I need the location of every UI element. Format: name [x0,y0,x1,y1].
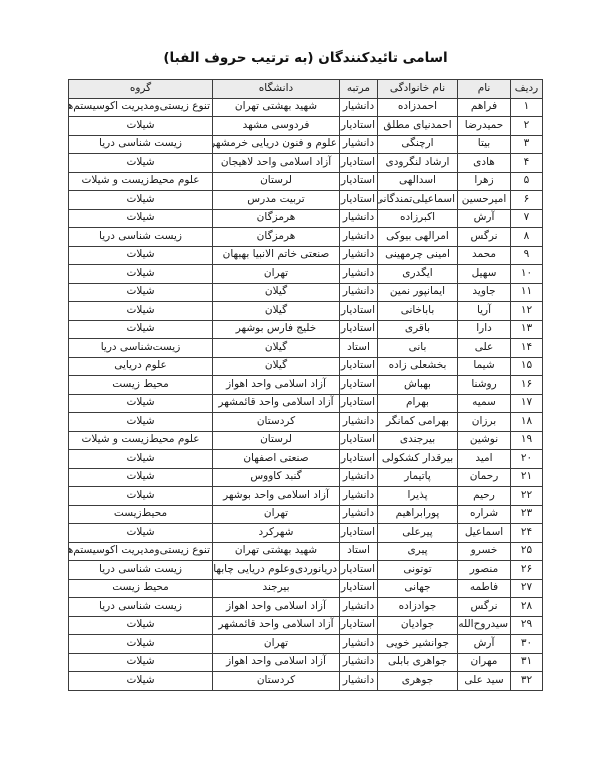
table-header-row: ردیف نام نام خانوادگی مرتبه دانشگاه گروه [69,80,543,99]
cell-university: لرستان [213,431,340,450]
cell-university: گنبد کاووس [213,468,340,487]
cell-row: ۷ [511,209,543,228]
column-header-first-name: نام [458,80,511,99]
cell-group: زیست شناسی دریا [69,561,213,580]
cell-group: زیست شناسی دریا [69,228,213,247]
cell-group: شیلات [69,524,213,543]
cell-rank: دانشیار [340,413,378,432]
cell-family: پذیرا [378,487,458,506]
table-row: ۲۹سیدروح‌اللهجوادیاناستادیارآزاد اسلامی … [69,616,543,635]
cell-family: بیرجندی [378,431,458,450]
cell-group: علوم محیط‌زیست و شیلات [69,431,213,450]
cell-row: ۳۰ [511,635,543,654]
table-row: ۱۴علیبانیاستادگیلانزیست‌شناسی دریا [69,339,543,358]
cell-rank: استادیار [340,154,378,173]
cell-row: ۱۸ [511,413,543,432]
document-page: اسامی تائیدکنندگان (به ترتیب حروف الفبا)… [0,0,611,783]
table-row: ۱۲آریاباباخانیاستادیارگیلانشیلات [69,302,543,321]
cell-group: شیلات [69,320,213,339]
cell-name: سید علی [458,672,511,691]
cell-family: پورابراهیم [378,505,458,524]
cell-group: شیلات [69,468,213,487]
cell-name: آرش [458,209,511,228]
table-row: ۱۳داراباقریاستادیارخلیج فارس بوشهرشیلات [69,320,543,339]
cell-university: آزاد اسلامی واحد قائمشهر [213,616,340,635]
cell-row: ۸ [511,228,543,247]
cell-rank: استادیار [340,450,378,469]
cell-row: ۲۷ [511,579,543,598]
cell-family: جوادزاده [378,598,458,617]
cell-family: اکبرزاده [378,209,458,228]
cell-group: شیلات [69,117,213,136]
cell-group: شیلات [69,635,213,654]
cell-name: آریا [458,302,511,321]
cell-family: بهرام [378,394,458,413]
cell-name: جاوید [458,283,511,302]
cell-name: فراهم [458,98,511,117]
cell-row: ۱۳ [511,320,543,339]
cell-name: خسرو [458,542,511,561]
cell-family: جوهری [378,672,458,691]
cell-university: شهید بهشتی تهران [213,98,340,117]
cell-university: دریانوردی‌وعلوم دریایی چابهار [213,561,340,580]
cell-university: آزاد اسلامی واحد اهواز [213,653,340,672]
table-row: ۲۷فاطمهجهانیاستادیاربیرجندمحیط زیست [69,579,543,598]
table-row: ۲۵خسروپیریاستادشهید بهشتی تهرانتنوع زیست… [69,542,543,561]
cell-family: بهباش [378,376,458,395]
table-row: ۳۲سید علیجوهریدانشیارکردستانشیلات [69,672,543,691]
cell-university: شهید بهشتی تهران [213,542,340,561]
table-row: ۲۶منصورتوتونیاستادیاردریانوردی‌وعلوم دری… [69,561,543,580]
cell-family: جوادیان [378,616,458,635]
cell-row: ۳۲ [511,672,543,691]
cell-university: گیلان [213,302,340,321]
cell-university: گیلان [213,339,340,358]
cell-group: شیلات [69,283,213,302]
table-row: ۱۷سمیهبهراماستادیارآزاد اسلامی واحد قائم… [69,394,543,413]
cell-name: منصور [458,561,511,580]
cell-name: رحمان [458,468,511,487]
cell-group: شیلات [69,450,213,469]
table-row: ۲حمیدرضااحمدنیای مطلقاستادیارفردوسی مشهد… [69,117,543,136]
cell-rank: استادیار [340,117,378,136]
cell-university: آزاد اسلامی واحد لاهیجان [213,154,340,173]
cell-family: پیری [378,542,458,561]
cell-rank: دانشیار [340,672,378,691]
cell-university: صنعتی خاتم الانبیا بهبهان [213,246,340,265]
cell-row: ۲ [511,117,543,136]
cell-family: ایمانپور نمین [378,283,458,302]
cell-group: تنوع زیستی‌ومدیریت اکوسیستم‌ها [69,542,213,561]
cell-rank: استادیار [340,357,378,376]
cell-university: تهران [213,635,340,654]
table-row: ۳بیتاارچنگیدانشیارعلوم و فنون دریایی خرم… [69,135,543,154]
cell-name: اسماعیل [458,524,511,543]
cell-university: شهرکرد [213,524,340,543]
cell-rank: دانشیار [340,98,378,117]
cell-rank: دانشیار [340,135,378,154]
cell-group: محیط زیست [69,579,213,598]
cell-university: بیرجند [213,579,340,598]
table-row: ۱۸برزانبهرامی کمانگردانشیارکردستانشیلات [69,413,543,432]
cell-rank: استادیار [340,172,378,191]
cell-family: ارشاد لنگرودی [378,154,458,173]
table-row: ۱فراهماحمدزادهدانشیارشهید بهشتی تهرانتنو… [69,98,543,117]
table-row: ۳۰آرشجوانشیر خوییدانشیارتهرانشیلات [69,635,543,654]
cell-rank: دانشیار [340,246,378,265]
cell-group: محیط زیست [69,376,213,395]
cell-rank: استادیار [340,191,378,210]
cell-name: دارا [458,320,511,339]
cell-group: علوم دریایی [69,357,213,376]
cell-rank: دانشیار [340,265,378,284]
cell-name: فاطمه [458,579,511,598]
cell-group: شیلات [69,191,213,210]
cell-university: تهران [213,505,340,524]
table-row: ۲۲رحیمپذیرادانشیارآزاد اسلامی واحد بوشهر… [69,487,543,506]
column-header-last-name: نام خانوادگی [378,80,458,99]
table-row: ۵زهرااسدالهیاستادیارلرستانعلوم محیط‌زیست… [69,172,543,191]
cell-group: شیلات [69,246,213,265]
cell-rank: دانشیار [340,283,378,302]
cell-family: جهانی [378,579,458,598]
cell-name: علی [458,339,511,358]
table-row: ۱۰سهیلایگدریدانشیارتهرانشیلات [69,265,543,284]
cell-row: ۲۹ [511,616,543,635]
table-row: ۲۱رحمانپاتیماردانشیارگنبد کاووسشیلات [69,468,543,487]
cell-group: شیلات [69,413,213,432]
table-row: ۱۶روشنابهباشاستادیارآزاد اسلامی واحد اهو… [69,376,543,395]
cell-row: ۱۵ [511,357,543,376]
endorsers-table: ردیف نام نام خانوادگی مرتبه دانشگاه گروه… [68,79,543,691]
cell-row: ۳ [511,135,543,154]
cell-rank: استاد [340,542,378,561]
cell-name: روشنا [458,376,511,395]
table-row: ۱۱جاویدایمانپور نمیندانشیارگیلانشیلات [69,283,543,302]
cell-row: ۱۴ [511,339,543,358]
cell-group: شیلات [69,616,213,635]
cell-rank: استادیار [340,376,378,395]
cell-group: شیلات [69,653,213,672]
cell-university: گیلان [213,357,340,376]
cell-university: کردستان [213,672,340,691]
table-body: ۱فراهماحمدزادهدانشیارشهید بهشتی تهرانتنو… [69,98,543,690]
cell-name: سهیل [458,265,511,284]
cell-rank: دانشیار [340,209,378,228]
cell-family: احمدنیای مطلق [378,117,458,136]
cell-row: ۲۶ [511,561,543,580]
cell-rank: استاد [340,339,378,358]
table-row: ۲۴اسماعیلپیرعلیاستادیارشهرکردشیلات [69,524,543,543]
column-header-university: دانشگاه [213,80,340,99]
cell-rank: استادیار [340,394,378,413]
cell-group: تنوع زیستی‌ومدیریت اکوسیستم‌ها [69,98,213,117]
cell-group: شیلات [69,487,213,506]
cell-name: هادی [458,154,511,173]
cell-name: برزان [458,413,511,432]
cell-university: آزاد اسلامی واحد قائمشهر [213,394,340,413]
cell-rank: استادیار [340,616,378,635]
cell-group: محیط‌زیست [69,505,213,524]
table-row: ۲۸نرگسجوادزادهدانشیارآزاد اسلامی واحد اه… [69,598,543,617]
cell-row: ۱۷ [511,394,543,413]
cell-university: تهران [213,265,340,284]
cell-name: امید [458,450,511,469]
cell-family: بخشعلی زاده [378,357,458,376]
cell-group: شیلات [69,154,213,173]
page-title: اسامی تائیدکنندگان (به ترتیب حروف الفبا) [0,0,611,66]
cell-university: آزاد اسلامی واحد اهواز [213,598,340,617]
cell-rank: دانشیار [340,635,378,654]
cell-rank: استادیار [340,524,378,543]
cell-family: پیرعلی [378,524,458,543]
cell-row: ۲۳ [511,505,543,524]
cell-name: نرگس [458,228,511,247]
cell-name: محمد [458,246,511,265]
cell-family: امینی چرمهینی [378,246,458,265]
cell-family: اسماعیلی‌تمندگانی [378,191,458,210]
table-row: ۲۰امیدبیرقدار کشکولیاستادیارصنعتی اصفهان… [69,450,543,469]
cell-rank: دانشیار [340,505,378,524]
cell-row: ۱۰ [511,265,543,284]
cell-row: ۱۶ [511,376,543,395]
cell-rank: استادیار [340,320,378,339]
cell-row: ۱۲ [511,302,543,321]
cell-university: فردوسی مشهد [213,117,340,136]
cell-row: ۶ [511,191,543,210]
column-header-department: گروه [69,80,213,99]
cell-row: ۲۱ [511,468,543,487]
table-row: ۱۹نوشینبیرجندیاستادیارلرستانعلوم محیط‌زی… [69,431,543,450]
cell-name: آرش [458,635,511,654]
cell-university: علوم و فنون دریایی خرمشهر [213,135,340,154]
cell-family: بیرقدار کشکولی [378,450,458,469]
cell-name: مهران [458,653,511,672]
cell-family: پاتیمار [378,468,458,487]
cell-university: آزاد اسلامی واحد بوشهر [213,487,340,506]
cell-university: هرمزگان [213,228,340,247]
cell-rank: دانشیار [340,487,378,506]
cell-rank: استادیار [340,561,378,580]
cell-rank: دانشیار [340,598,378,617]
cell-family: جواهری بابلی [378,653,458,672]
cell-university: آزاد اسلامی واحد اهواز [213,376,340,395]
cell-rank: استادیار [340,302,378,321]
cell-row: ۲۴ [511,524,543,543]
cell-name: سیدروح‌الله [458,616,511,635]
cell-name: رحیم [458,487,511,506]
cell-row: ۵ [511,172,543,191]
cell-group: شیلات [69,672,213,691]
cell-family: باقری [378,320,458,339]
cell-rank: دانشیار [340,468,378,487]
cell-family: امرالهی بیوکی [378,228,458,247]
cell-group: زیست‌شناسی دریا [69,339,213,358]
cell-group: زیست شناسی دریا [69,135,213,154]
cell-group: شیلات [69,302,213,321]
cell-row: ۹ [511,246,543,265]
cell-family: احمدزاده [378,98,458,117]
cell-name: امیرحسین [458,191,511,210]
cell-row: ۴ [511,154,543,173]
cell-name: شیما [458,357,511,376]
cell-university: گیلان [213,283,340,302]
cell-name: سمیه [458,394,511,413]
cell-family: اسدالهی [378,172,458,191]
cell-row: ۱۹ [511,431,543,450]
cell-row: ۱ [511,98,543,117]
cell-university: هرمزگان [213,209,340,228]
cell-group: شیلات [69,265,213,284]
cell-row: ۱۱ [511,283,543,302]
cell-group: شیلات [69,209,213,228]
cell-row: ۲۵ [511,542,543,561]
cell-name: نوشین [458,431,511,450]
cell-family: بانی [378,339,458,358]
cell-row: ۲۲ [511,487,543,506]
cell-rank: استادیار [340,579,378,598]
cell-family: توتونی [378,561,458,580]
table-row: ۴هادیارشاد لنگرودیاستادیارآزاد اسلامی وا… [69,154,543,173]
cell-university: لرستان [213,172,340,191]
cell-university: کردستان [213,413,340,432]
column-header-row-number: ردیف [511,80,543,99]
cell-name: زهرا [458,172,511,191]
table-row: ۲۳شرارهپورابراهیمدانشیارتهرانمحیط‌زیست [69,505,543,524]
cell-row: ۲۰ [511,450,543,469]
cell-group: زیست شناسی دریا [69,598,213,617]
cell-rank: دانشیار [340,653,378,672]
cell-name: نرگس [458,598,511,617]
cell-name: شراره [458,505,511,524]
table-row: ۳۱مهرانجواهری بابلیدانشیارآزاد اسلامی وا… [69,653,543,672]
cell-family: ایگدری [378,265,458,284]
cell-rank: استادیار [340,431,378,450]
table-row: ۷آرشاکبرزادهدانشیارهرمزگانشیلات [69,209,543,228]
cell-university: خلیج فارس بوشهر [213,320,340,339]
table-row: ۸نرگسامرالهی بیوکیدانشیارهرمزگانزیست شنا… [69,228,543,247]
cell-family: باباخانی [378,302,458,321]
cell-family: جوانشیر خویی [378,635,458,654]
cell-group: علوم محیط‌زیست و شیلات [69,172,213,191]
cell-row: ۲۸ [511,598,543,617]
cell-name: حمیدرضا [458,117,511,136]
cell-family: بهرامی کمانگر [378,413,458,432]
cell-university: صنعتی اصفهان [213,450,340,469]
cell-row: ۳۱ [511,653,543,672]
table-row: ۶امیرحسیناسماعیلی‌تمندگانیاستادیارتربیت … [69,191,543,210]
table-row: ۱۵شیمابخشعلی زادهاستادیارگیلانعلوم دریای… [69,357,543,376]
cell-university: تربیت مدرس [213,191,340,210]
cell-name: بیتا [458,135,511,154]
cell-family: ارچنگی [378,135,458,154]
table-row: ۹محمدامینی چرمهینیدانشیارصنعتی خاتم الان… [69,246,543,265]
cell-group: شیلات [69,394,213,413]
cell-rank: دانشیار [340,228,378,247]
column-header-rank: مرتبه [340,80,378,99]
